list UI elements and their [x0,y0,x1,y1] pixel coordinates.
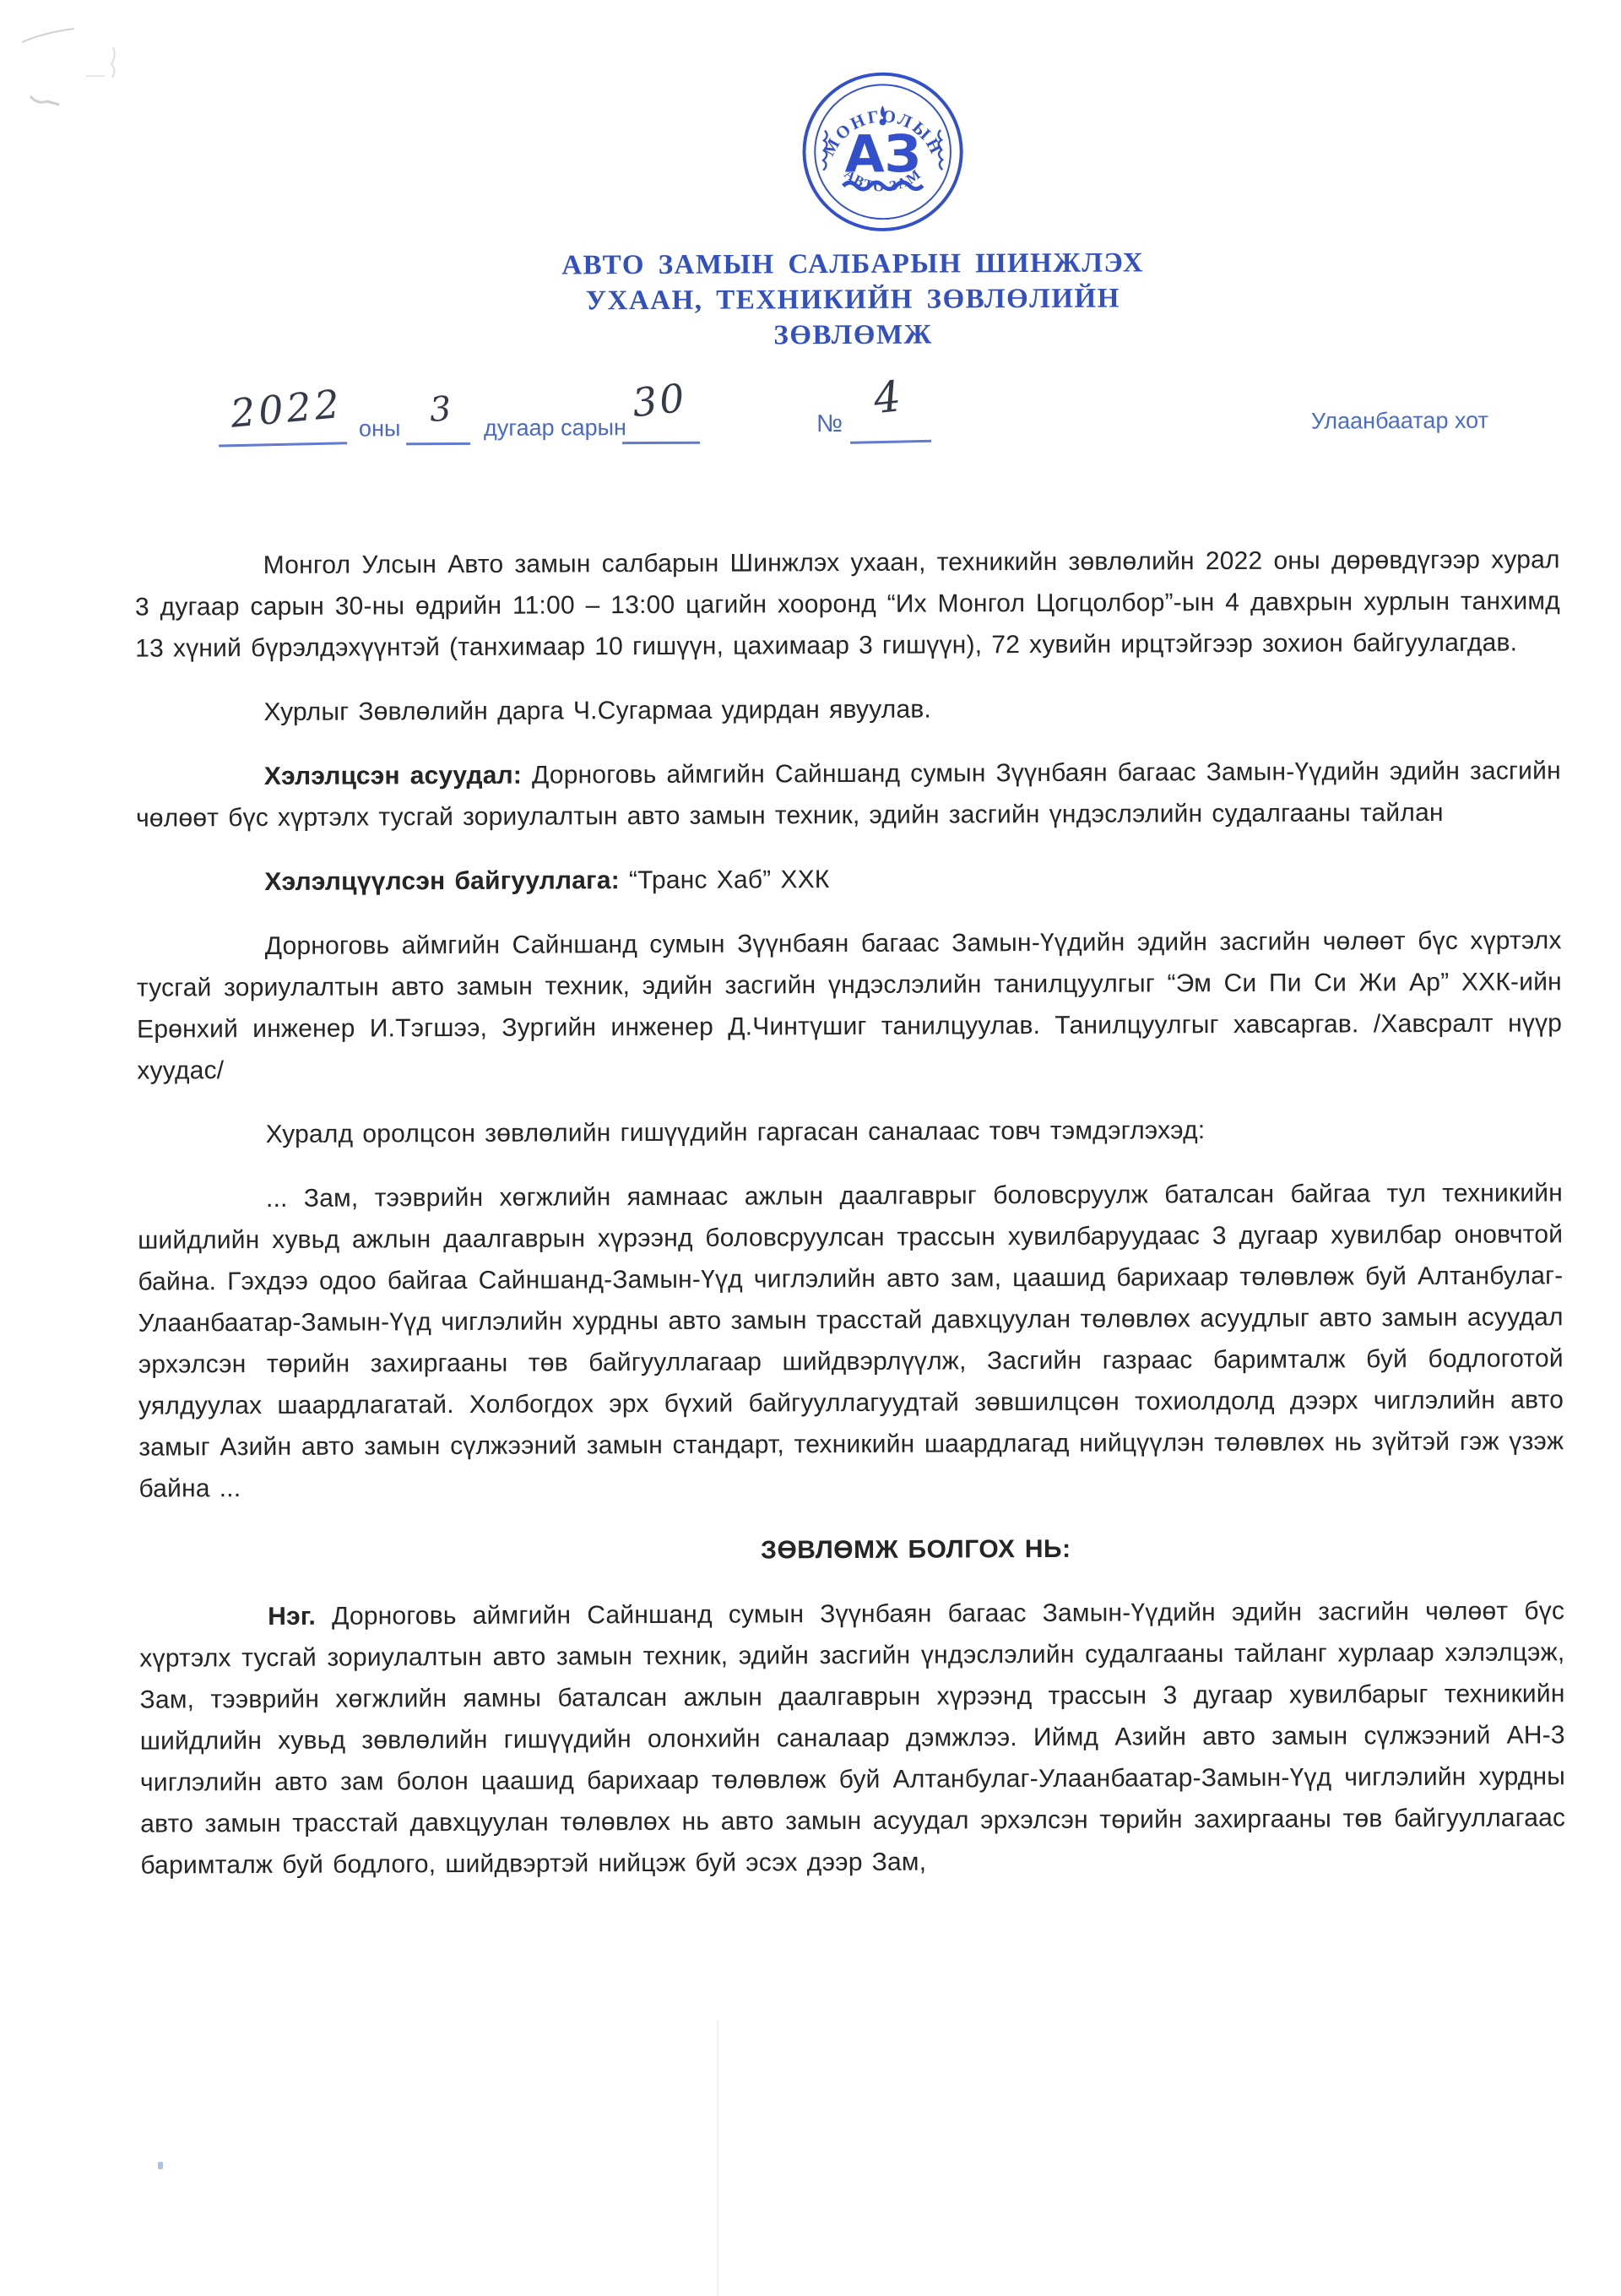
discussed-issue-label: Хэлэлцсэн асуудал: [264,762,522,790]
document-body: Монгол Улсын Авто замын салбарын Шинжлэх… [135,539,1566,1908]
recommendation-one-label: Нэг. [268,1603,316,1631]
day-underline [622,442,700,444]
paragraph-meeting-intro: Монгол Улсын Авто замын салбарын Шинжлэх… [135,539,1561,669]
presenting-org-text: “Транс Хаб” ХХК [620,866,830,894]
date-line: 2022 оны 3 дугаар сарын 30 № 4 Улаанбаат… [1,378,1621,478]
paragraph-members-opinion: ... Зам, тээврийн хөгжлийн яамнаас ажлын… [138,1172,1564,1509]
city-label: Улаанбаатар хот [1311,408,1488,435]
document-title: АВТО ЗАМЫН САЛБАРЫН ШИНЖЛЭХ УХААН, ТЕХНИ… [388,245,1318,356]
number-underline [850,440,931,444]
document-title-line1: АВТО ЗАМЫН САЛБАРЫН ШИНЖЛЭХ [388,245,1317,285]
year-value-handwritten: 2022 [229,381,344,437]
scanned-document-page: МОНГОЛЫН АВТО ЗАМ АЗ АВТО ЗАМЫН САЛБАРЫН… [0,0,1621,2296]
org-seal-logo: МОНГОЛЫН АВТО ЗАМ АЗ [800,68,966,235]
paragraph-minutes-note: Хуралд оролцсон зөвлөлийн гишүүдийн гарг… [138,1108,1563,1155]
recommendation-heading: ЗӨВЛӨМЖ БОЛГОХ НЬ: [139,1526,1564,1573]
presenting-org-label: Хэлэлцүүлсэн байгууллага: [264,866,620,896]
paragraph-recommendation-one: Нэг. Дорноговь аймгийн Сайншанд сумын Зү… [139,1590,1565,1886]
year-label: оны [359,415,400,442]
paragraph-presenting-org: Хэлэлцүүлсэн байгууллага: “Транс Хаб” ХХ… [136,855,1561,903]
month-value-handwritten: 3 [428,389,453,430]
paragraph-presentation: Дорноговь аймгийн Сайншанд сумын Зүүнбая… [137,920,1563,1091]
day-value-handwritten: 30 [630,375,689,426]
paragraph-chair: Хурлыг Зөвлөлийн дарга Ч.Сугармаа удирда… [135,686,1560,733]
recommendation-one-text: Дорноговь аймгийн Сайншанд сумын Зүүнбая… [139,1597,1565,1879]
year-underline [219,442,347,447]
month-underline [406,442,470,445]
document-title-line2: УХААН, ТЕХНИКИЙН ЗӨВЛӨЛИЙН [388,280,1317,320]
seal-monogram: АЗ [844,125,920,184]
month-label: дугаар сарын [484,415,626,442]
number-value-handwritten: 4 [871,372,903,423]
number-label: № [816,410,843,438]
paragraph-discussed-issue: Хэлэлцсэн асуудал: Дорноговь аймгийн Сай… [136,750,1561,839]
document-title-line3: ЗӨВЛӨМЖ [388,316,1317,356]
